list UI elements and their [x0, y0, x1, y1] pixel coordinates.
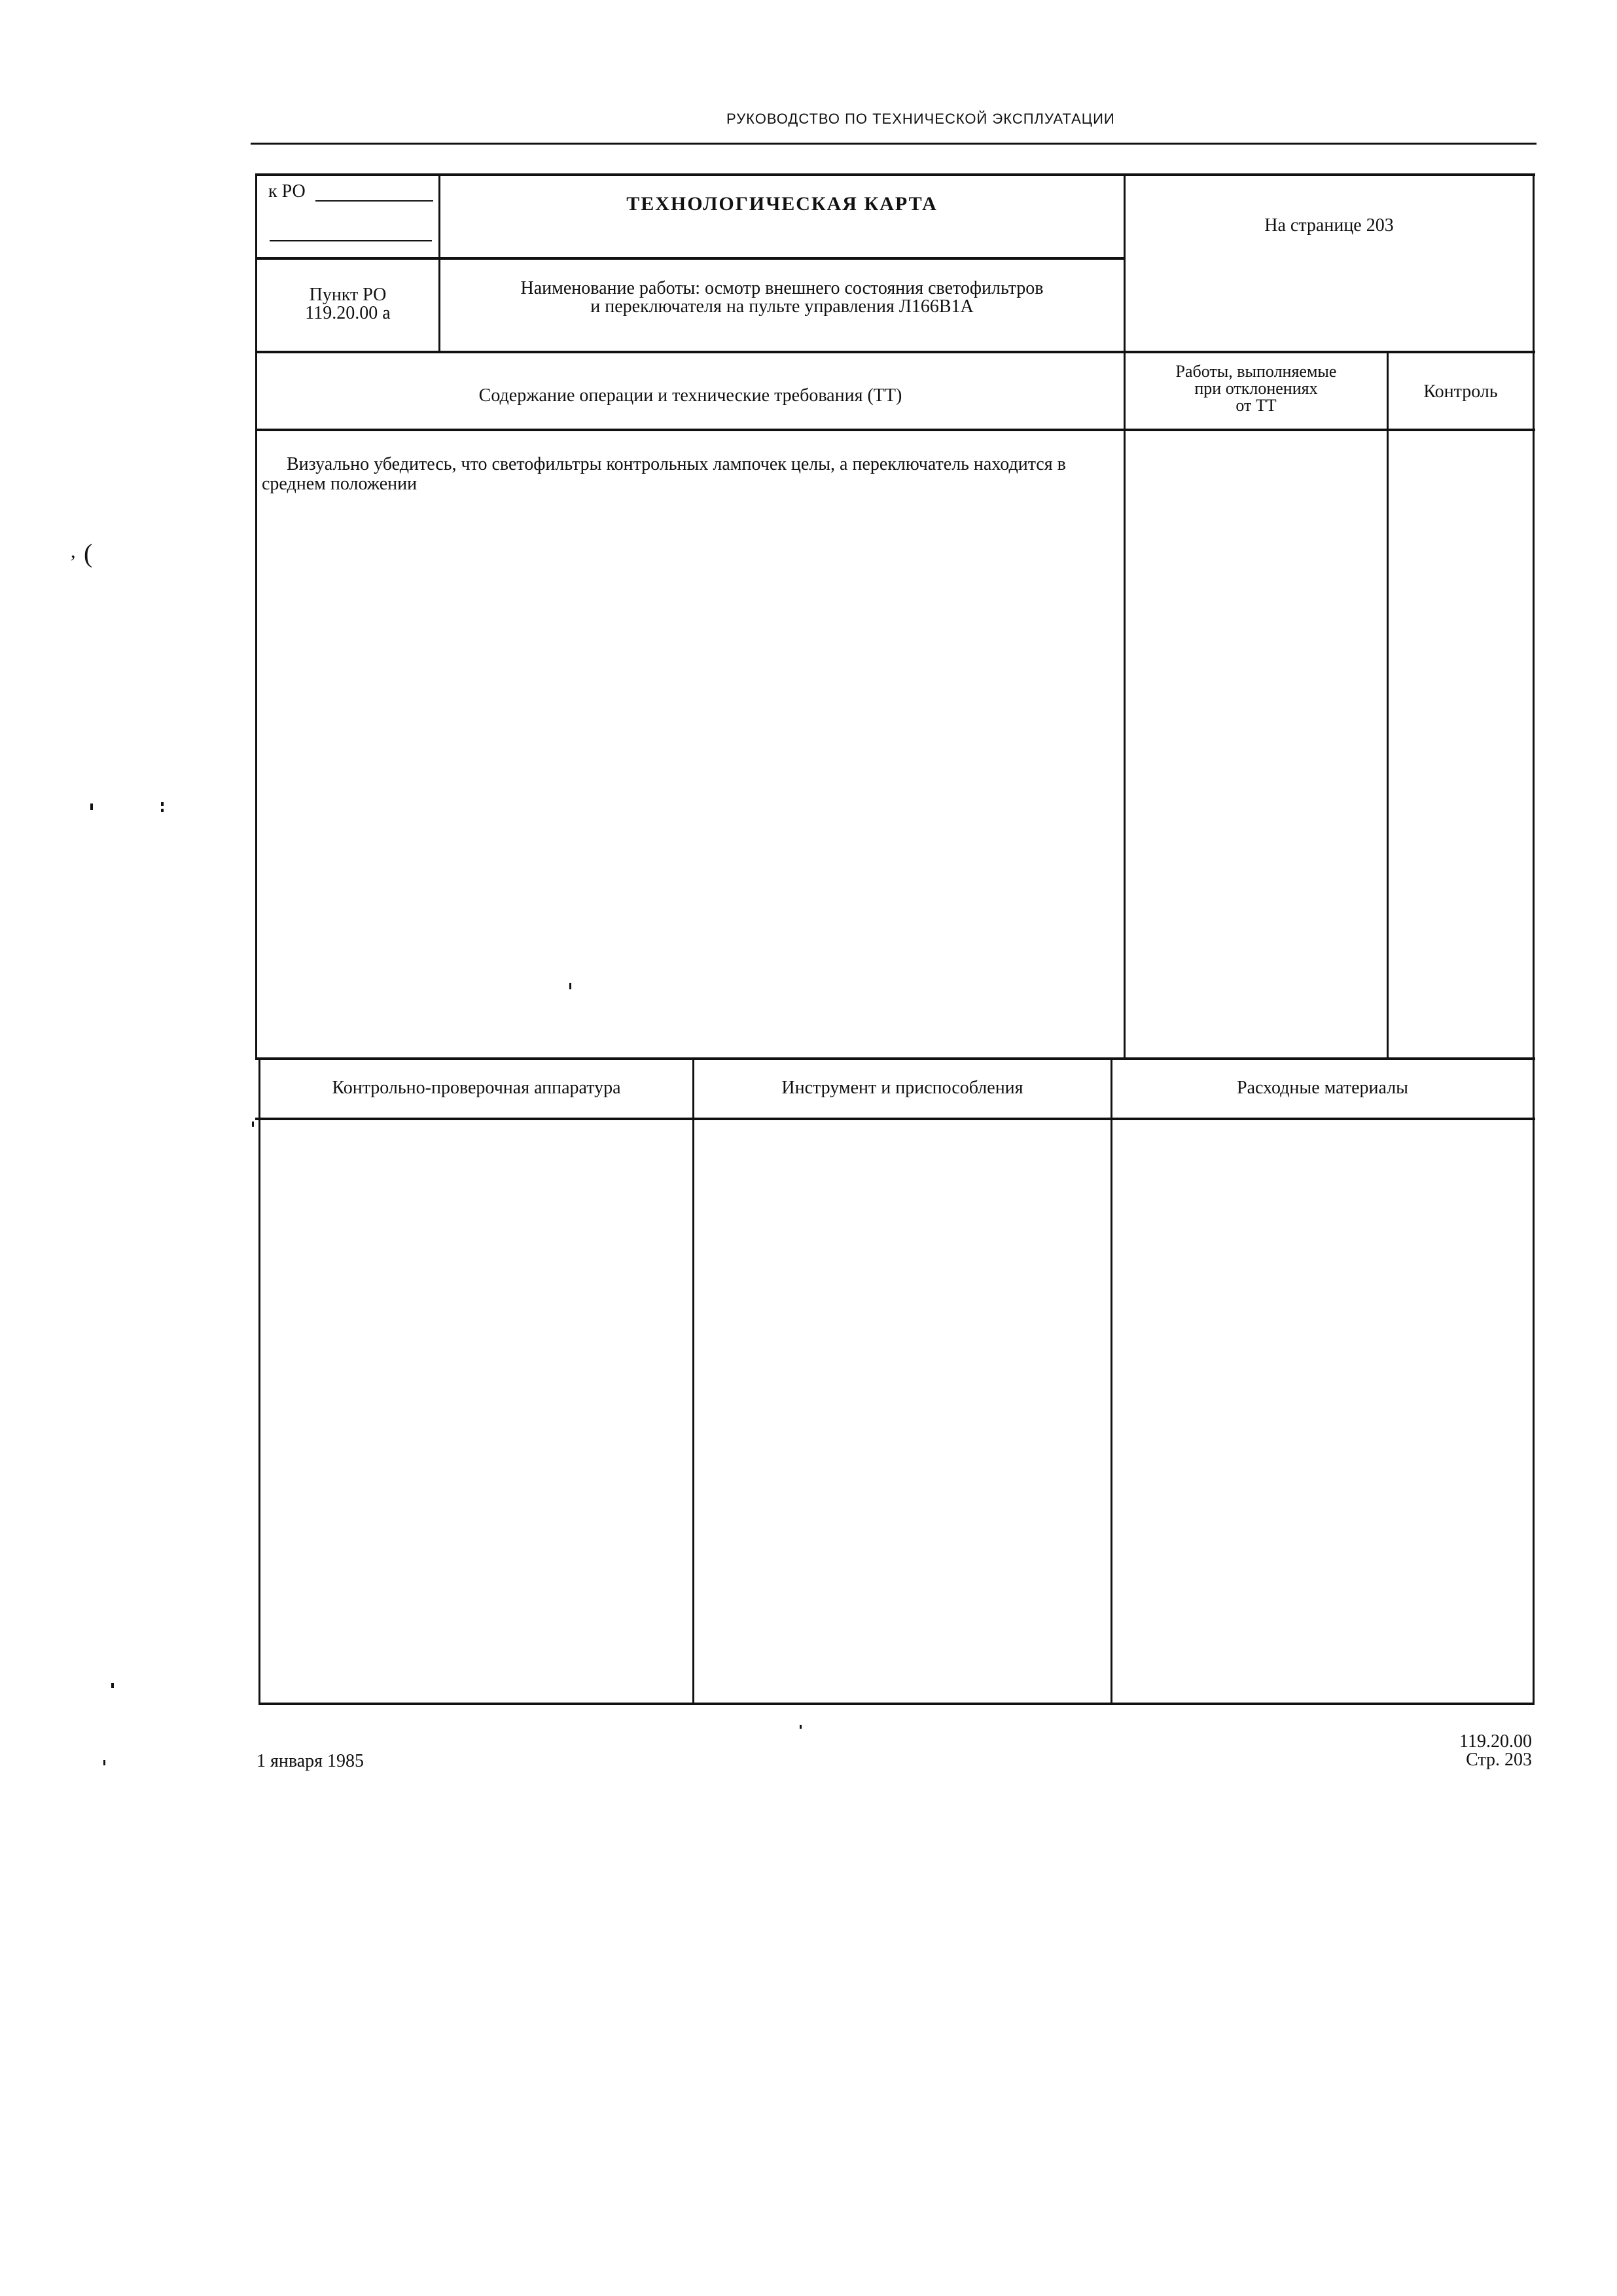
operation-text: Визуально убедитесь, что светофильтры ко… [262, 455, 1119, 494]
resources-border-left [258, 1057, 260, 1705]
divider-title-pageref [1124, 173, 1126, 1060]
col-header-apparatus: Контрольно-проверочная аппаратура [260, 1078, 692, 1097]
card-border-top [255, 173, 1535, 176]
divider-header-block [255, 351, 1535, 353]
card-title: ТЕХНОЛОГИЧЕСКАЯ КАРТА [440, 194, 1124, 215]
col-header-tools: Инструмент и приспособления [694, 1078, 1111, 1097]
divider-resources-top [255, 1057, 1535, 1060]
scan-artifact [111, 1683, 114, 1688]
scan-artifact: ( [84, 538, 92, 569]
footer-section-number: 119.20.00 [1459, 1732, 1532, 1751]
work-name-line-2: и переключателя на пульте управления Л16… [440, 297, 1124, 316]
scan-artifact [103, 1760, 105, 1765]
footer-date: 1 января 1985 [257, 1752, 364, 1771]
col-header-materials: Расходные материалы [1112, 1078, 1533, 1097]
scan-artifact [800, 1725, 802, 1729]
col-header-operation: Содержание операции и технические требов… [257, 386, 1124, 405]
ref-label: к РО [268, 182, 306, 201]
scan-artifact [569, 983, 571, 989]
page-reference: На странице 203 [1126, 216, 1533, 235]
divider-apparatus-tools [692, 1057, 694, 1705]
item-number: 119.20.00 а [257, 304, 438, 323]
scan-artifact [252, 1122, 254, 1127]
scan-artifact [90, 804, 93, 810]
ref-fill-line-2 [270, 240, 432, 241]
col-header-control: Контроль [1389, 382, 1533, 401]
scan-artifact [161, 809, 164, 812]
footer-page-number: Стр. 203 [1466, 1750, 1532, 1769]
divider-tools-materials [1111, 1057, 1112, 1705]
card-border-right [1533, 173, 1535, 1060]
divider-operations-header [255, 429, 1535, 431]
col-header-deviation-line-2: при отклонениях [1126, 380, 1387, 397]
item-label: Пункт РО [257, 285, 438, 304]
running-title: РУКОВОДСТВО ПО ТЕХНИЧЕСКОЙ ЭКСПЛУАТАЦИИ [726, 111, 1115, 126]
resources-border-bottom [258, 1703, 1535, 1705]
scan-artifact: , [71, 540, 76, 563]
resources-border-right [1533, 1057, 1535, 1705]
scan-artifact [161, 802, 164, 806]
ref-fill-line-1 [315, 200, 433, 202]
divider-deviation-control [1387, 351, 1389, 1060]
work-name-line-1: Наименование работы: осмотр внешнего сос… [440, 279, 1124, 298]
col-header-deviation-line-1: Работы, выполняемые [1126, 362, 1387, 380]
divider-title-row [255, 257, 1126, 260]
divider-resources-header [255, 1118, 1535, 1120]
header-rule [251, 143, 1537, 145]
col-header-deviation-line-3: от ТТ [1126, 397, 1387, 414]
